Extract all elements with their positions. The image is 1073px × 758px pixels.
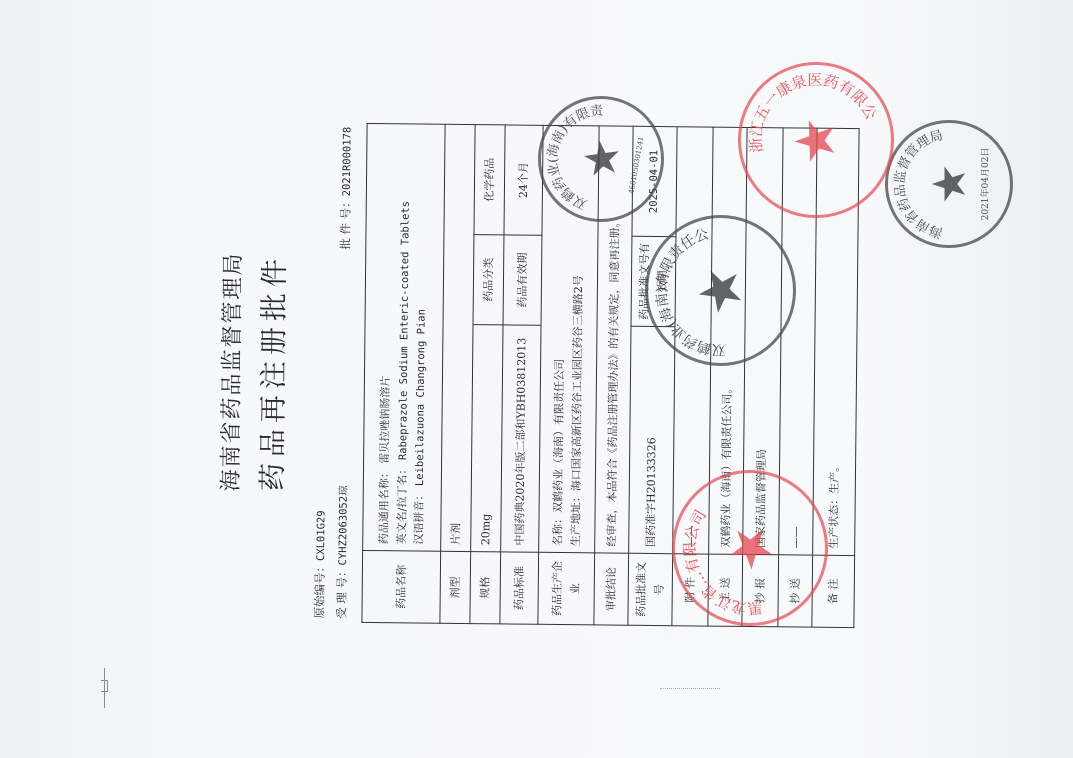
specification-value: 20mg	[471, 325, 503, 552]
approval-number-value: 国药准字H20133326	[629, 326, 676, 553]
acceptance-number-label: 受 理 号：	[334, 565, 349, 618]
approval-table: 药品名称 药品通用名称： 雷贝拉唑钠肠溶片 英文名/拉丁名： Rabeprazo…	[361, 123, 859, 628]
row-cc: 抄 送 ——	[778, 128, 817, 627]
pinyin-name: Leibeilazuona Changrong Pian	[414, 309, 428, 486]
document-header: 海南省药品监督管理局 药品再注册批件	[212, 121, 294, 622]
manufacturer-name: 双鹤药业（海南）有限责任公司	[551, 359, 566, 513]
row-approval-number: 药品批准文号 国药准字H20133326 药品批准文号有效期 2025-04-0…	[628, 126, 677, 625]
remarks-value: 生产状态：生产。	[813, 128, 859, 555]
manufacturer-label: 药品生产企业	[538, 552, 595, 625]
generic-name-label: 药品通用名称：	[377, 467, 391, 544]
drug-name-label: 药品名称	[362, 550, 441, 623]
row-main-recipient: 主 送 双鹤药业（海南）有限责任公司。	[708, 127, 747, 626]
row-manufacturer: 药品生产企业 名称：双鹤药业（海南）有限责任公司 生产地址：海口国家高新区药谷工…	[538, 125, 599, 625]
meta-row-2: 受 理 号：CYHZ2063052琼 批 件 号：2021R000178	[333, 123, 354, 623]
conclusion-value: 经审查，本品符合《药品注册管理办法》的有关规定，同意再注册。	[595, 126, 633, 553]
approval-expiry-value: 2025-04-01	[632, 126, 677, 236]
issuing-agency: 海南省药品监督管理局	[212, 121, 248, 621]
drug-name-cell: 药品通用名称： 雷贝拉唑钠肠溶片 英文名/拉丁名： Rabeprazole So…	[363, 123, 445, 551]
cc-label: 抄 送	[778, 555, 813, 627]
dosage-form-value: 片剂	[441, 124, 475, 551]
standard-label: 药品标准	[500, 552, 539, 624]
cc-value: ——	[779, 128, 817, 555]
validity-label: 药品有效期	[503, 235, 542, 325]
original-number: 原始编号：CXL01G29	[311, 510, 328, 618]
attachment-label: 附 件	[672, 554, 709, 626]
original-number-value: CXL01G29	[315, 510, 328, 561]
english-name: Rabeprazole Sodium Enteric-coated Tablet…	[397, 201, 412, 460]
specification-label: 规格	[470, 552, 501, 624]
approval-doc-number-value: 2021R000178	[341, 127, 354, 197]
acceptance-number: 受 理 号：CYHZ2063052琼	[333, 485, 350, 619]
main-recipient-value: 双鹤药业（海南）有限责任公司。	[709, 127, 747, 554]
approval-doc-number-label: 批 件 号：	[338, 196, 353, 249]
report-to-value: 国家药品监督管理局	[743, 127, 783, 554]
row-attachment: 附 件 ——	[672, 127, 713, 626]
row-report-to: 抄 报 国家药品监督管理局	[742, 127, 783, 626]
scan-dust-mark	[660, 688, 720, 690]
category-value: 化学药品	[474, 125, 505, 235]
generic-name: 雷贝拉唑钠肠溶片	[378, 376, 392, 464]
manufacturer-address-label: 生产地址：	[569, 491, 583, 546]
approval-number-label: 药品批准文号	[628, 553, 673, 625]
acceptance-number-value: CYHZ2063052琼	[337, 485, 350, 565]
row-drug-name: 药品名称 药品通用名称： 雷贝拉唑钠肠溶片 英文名/拉丁名： Rabeprazo…	[362, 123, 445, 623]
english-name-label: 英文名/拉丁名：	[395, 464, 409, 545]
original-number-label: 原始编号：	[312, 561, 327, 619]
approval-expiry-label: 药品批准文号有效期	[631, 236, 676, 326]
conclusion-label: 审批结论	[594, 553, 629, 625]
validity-value: 24个月	[504, 125, 543, 235]
row-standard: 药品标准 中国药典2020年版二部和YBH03812013 药品有效期 24个月	[500, 125, 543, 624]
row-conclusion: 审批结论 经审查，本品符合《药品注册管理办法》的有关规定，同意再注册。	[594, 126, 633, 625]
main-recipient-label: 主 送	[708, 554, 743, 626]
remarks-label: 备 注	[812, 555, 855, 627]
report-to-label: 抄 报	[742, 554, 779, 626]
document-title: 药品再注册批件	[249, 122, 294, 622]
manufacturer-name-label: 名称：	[551, 513, 564, 546]
category-label: 药品分类	[473, 235, 504, 325]
approval-document: 海南省药品监督管理局 药品再注册批件 原始编号：CXL01G29 受 理 号：C…	[212, 121, 907, 628]
manufacturer-address: 海口国家高新区药谷工业园区药谷三横路2号	[569, 275, 584, 491]
approval-doc-number: 批 件 号：2021R000178	[337, 127, 354, 250]
pinyin-label: 汉语拼音：	[413, 489, 427, 544]
row-remarks: 备 注 生产状态：生产。	[812, 128, 859, 627]
meta-row-1: 原始编号：CXL01G29	[311, 122, 332, 622]
dosage-form-label: 剂型	[440, 551, 471, 623]
manufacturer-cell: 名称：双鹤药业（海南）有限责任公司 生产地址：海口国家高新区药谷工业园区药谷三横…	[539, 125, 599, 553]
standard-value: 中国药典2020年版二部和YBH03812013	[501, 325, 541, 552]
attachment-value: ——	[673, 127, 713, 554]
scan-edge-mark	[104, 668, 113, 708]
